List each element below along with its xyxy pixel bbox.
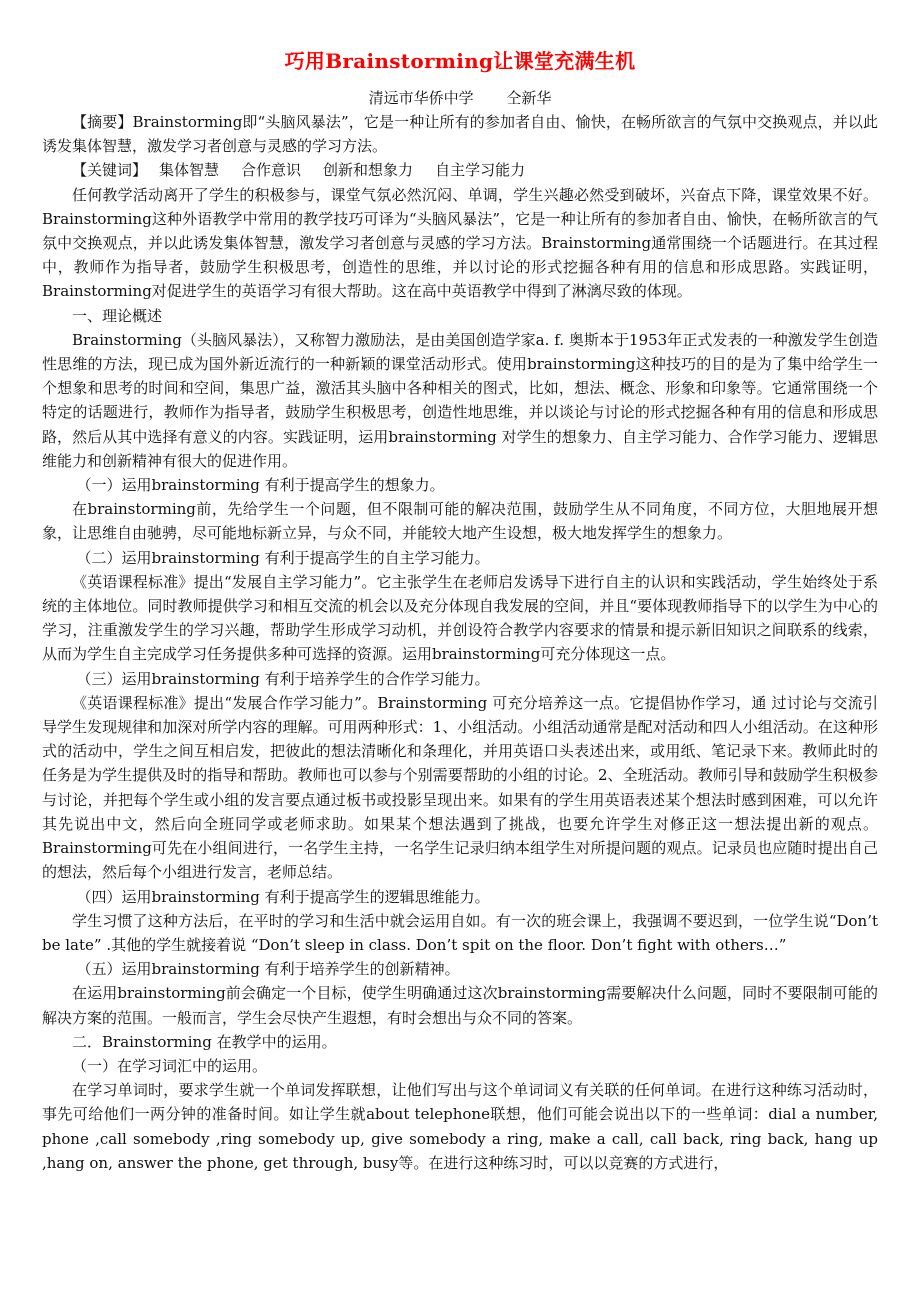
section-heading: 二．Brainstorming 在教学中的运用。 (42, 1030, 878, 1054)
keywords-label: 【关键词】 (72, 161, 147, 179)
keyword: 合作意识 (241, 161, 301, 179)
keyword: 自主学习能力 (435, 161, 525, 179)
author-line: 清远市华侨中学 仝新华 (42, 86, 878, 110)
body-paragraph: Brainstorming（头脑风暴法），又称智力激励法，是由美国创造学家a. … (42, 328, 878, 473)
subsection-heading: （一）运用brainstorming 有利于提高学生的想象力。 (42, 473, 878, 497)
subsection-heading: （一）在学习词汇中的运用。 (42, 1054, 878, 1078)
document-title: 巧用Brainstorming让课堂充满生机 (42, 46, 878, 76)
subsection-heading: （二）运用brainstorming 有利于提高学生的自主学习能力。 (42, 546, 878, 570)
keyword: 创新和想象力 (323, 161, 413, 179)
body-paragraph: 《英语课程标准》提出“发展合作学习能力”。Brainstorming 可充分培养… (42, 691, 878, 885)
section-heading: 一、理论概述 (42, 304, 878, 328)
subsection-heading: （五）运用brainstorming 有利于培养学生的创新精神。 (42, 957, 878, 981)
body-paragraph: 在运用brainstorming前会确定一个目标，使学生明确通过这次brains… (42, 981, 878, 1029)
author-name: 仝新华 (506, 89, 551, 107)
body-paragraph: 在学习单词时，要求学生就一个单词发挥联想，让他们写出与这个单词词义有关联的任何单… (42, 1078, 878, 1175)
document-page: 巧用Brainstorming让课堂充满生机 清远市华侨中学 仝新华 【摘要】B… (42, 46, 878, 1175)
body-paragraph: 任何教学活动离开了学生的积极参与，课堂气氛必然沉闷、单调，学生兴趣必然受到破坏，… (42, 183, 878, 304)
subsection-heading: （三）运用brainstorming 有利于培养学生的合作学习能力。 (42, 667, 878, 691)
keywords: 【关键词】集体智慧合作意识创新和想象力自主学习能力 (42, 158, 878, 182)
abstract: 【摘要】Brainstorming即“头脑风暴法”，它是一种让所有的参加者自由、… (42, 110, 878, 158)
body-paragraph: 学生习惯了这种方法后，在平时的学习和生活中就会运用自如。有一次的班会课上，我强调… (42, 909, 878, 957)
body-paragraph: 在brainstorming前，先给学生一个问题，但不限制可能的解决范围，鼓励学… (42, 497, 878, 545)
keyword: 集体智慧 (159, 161, 219, 179)
body-paragraph: 《英语课程标准》提出“发展自主学习能力”。它主张学生在老师启发诱导下进行自主的认… (42, 570, 878, 667)
author-school: 清远市华侨中学 (369, 89, 474, 107)
subsection-heading: （四）运用brainstorming 有利于提高学生的逻辑思维能力。 (42, 885, 878, 909)
